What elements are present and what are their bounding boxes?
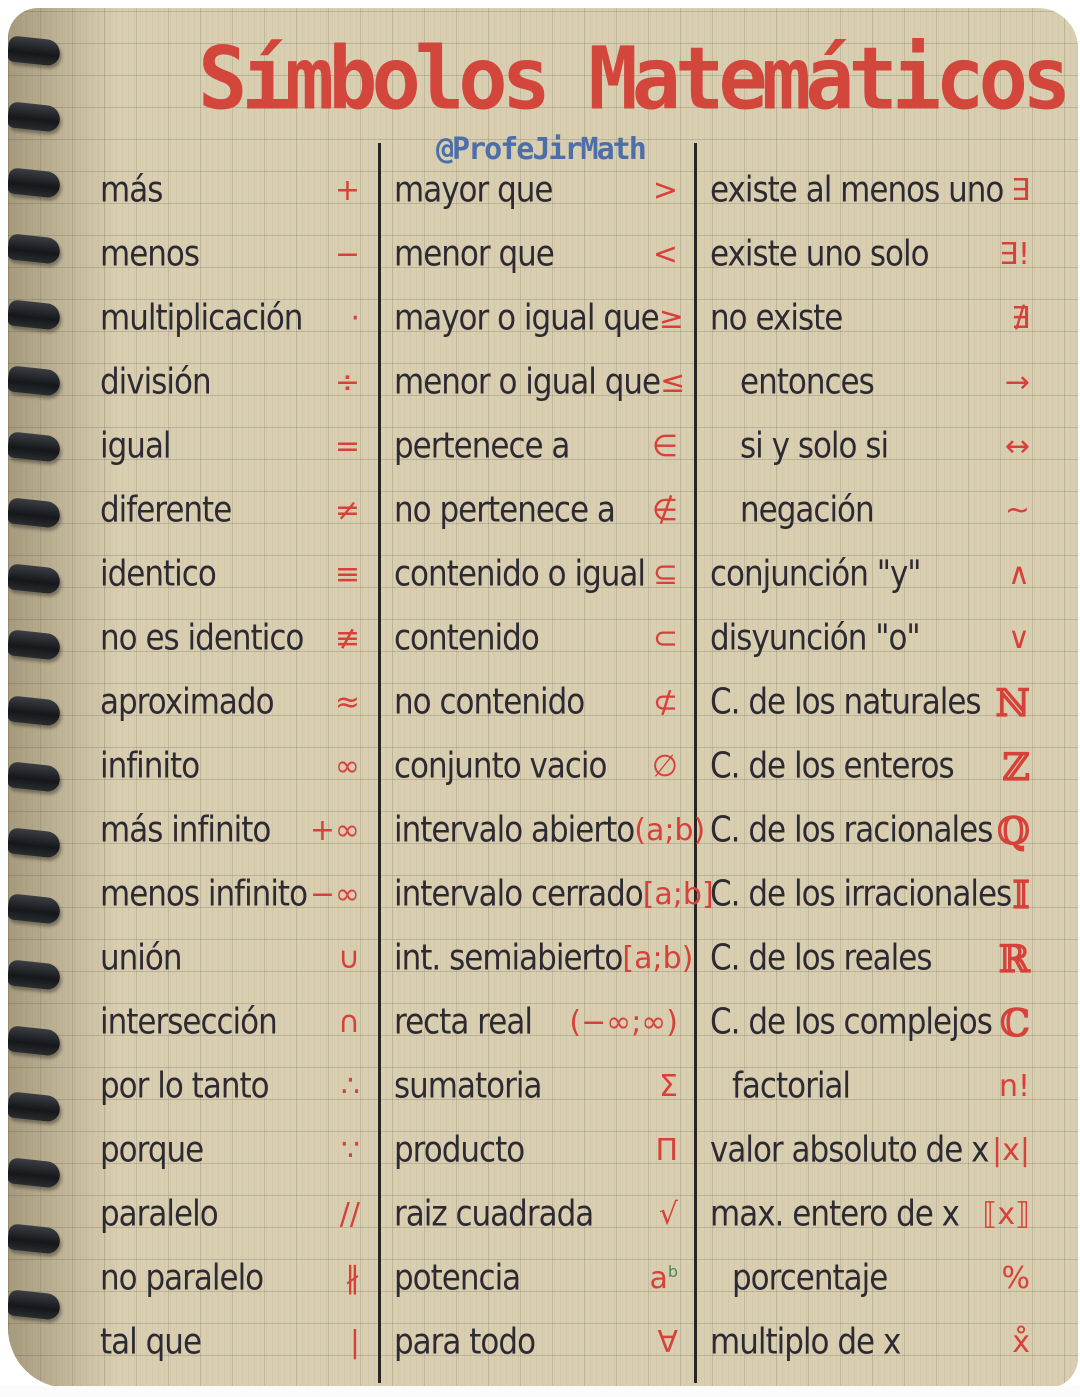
column-divider-1 (378, 143, 381, 1383)
spiral-ring-icon (8, 365, 61, 396)
symbol-name: no contenido (394, 681, 584, 722)
symbol-name: disyunción "o" (710, 617, 920, 658)
complex-icon: ℂ (1000, 1000, 1030, 1045)
spiral-ring-icon (8, 695, 61, 726)
symbol-name: división (100, 361, 211, 402)
symbol-name: unión (100, 937, 182, 978)
symbol-name: igual (100, 425, 171, 466)
symbol-name: intersección (100, 1001, 277, 1042)
dot-multiply-icon: · (350, 301, 360, 336)
symbol-name: menos infinito (100, 873, 307, 914)
floor-bracket-icon: ⟦x⟧ (983, 1197, 1030, 1232)
not-parallel-icon: ∦ (345, 1261, 360, 1296)
plus-icon: + (335, 173, 360, 208)
not-identical-icon: ≢ (335, 621, 360, 656)
symbol-row: negación~ (710, 478, 1030, 542)
symbol-name: no paralelo (100, 1257, 263, 1298)
symbol-name: mayor que (394, 169, 553, 210)
symbol-row: factorialn! (710, 1054, 1030, 1118)
symbol-row: tal que| (100, 1310, 360, 1374)
symbol-row: intervalo cerrado[a;b] (394, 862, 678, 926)
less-equal-icon: ≤ (660, 365, 685, 400)
symbol-name: sumatoria (394, 1065, 541, 1106)
symbol-row: menos infinito−∞ (100, 862, 360, 926)
spiral-ring-icon (8, 1289, 61, 1320)
such-that-icon: | (350, 1325, 360, 1360)
symbol-row: mayor o igual que≥ (394, 286, 678, 350)
symbol-row: C. de los naturalesℕ (710, 670, 1030, 734)
notebook-page: Símbolos Matemáticos @ProfeJirMath más+ … (8, 8, 1078, 1388)
symbol-row: raiz cuadrada√ (394, 1182, 678, 1246)
logical-and-icon: ∧ (1008, 557, 1030, 592)
not-exists-icon: ∄ (1011, 301, 1030, 336)
union-icon: ∪ (338, 941, 360, 976)
symbol-row: infinito∞ (100, 734, 360, 798)
less-than-icon: < (653, 237, 678, 272)
reals-icon: ℝ (998, 936, 1030, 981)
subset-icon: ⊂ (653, 621, 678, 656)
symbol-name: más (100, 169, 162, 210)
symbol-row: pertenece a∈ (394, 414, 678, 478)
symbol-row: disyunción "o"∨ (710, 606, 1030, 670)
symbol-row: existe uno solo∃! (710, 222, 1030, 286)
symbol-row: valor absoluto de x|x| (710, 1118, 1030, 1182)
parallel-icon: // (340, 1197, 360, 1232)
symbol-name: intervalo cerrado (394, 873, 643, 914)
divide-icon: ÷ (335, 365, 360, 400)
spiral-ring-icon (8, 629, 61, 660)
plus-infinity-icon: +∞ (310, 813, 360, 848)
minus-icon: − (335, 237, 360, 272)
symbol-name: porque (100, 1129, 203, 1170)
multiple-of-icon: x̊ (1012, 1325, 1030, 1360)
symbol-name: mayor o igual que (394, 297, 659, 338)
symbol-name: porcentaje (732, 1257, 887, 1298)
symbol-name: C. de los racionales (710, 809, 992, 850)
factorial-icon: n! (999, 1069, 1030, 1104)
spiral-ring-icon (8, 1223, 61, 1254)
symbol-name: para todo (394, 1321, 535, 1362)
symbol-row: C. de los complejosℂ (710, 990, 1030, 1054)
element-of-icon: ∈ (652, 429, 678, 464)
symbol-name: menos (100, 233, 199, 274)
exists-unique-icon: ∃! (999, 237, 1030, 272)
symbol-name: pertenece a (394, 425, 569, 466)
symbol-row: aproximado≈ (100, 670, 360, 734)
symbol-name: int. semiabierto (394, 937, 622, 978)
spiral-ring-icon (8, 167, 61, 198)
symbol-name: contenido o igual (394, 553, 645, 594)
symbol-name: aproximado (100, 681, 274, 722)
symbol-row: porcentaje% (710, 1246, 1030, 1310)
therefore-icon: ∴ (341, 1069, 360, 1104)
arrow-right-icon: → (1005, 365, 1030, 400)
symbol-name: contenido (394, 617, 539, 658)
naturals-icon: ℕ (995, 680, 1030, 725)
symbol-row: productoΠ (394, 1118, 678, 1182)
symbol-name: identico (100, 553, 216, 594)
symbol-row: multiplo de xx̊ (710, 1310, 1030, 1374)
spiral-ring-icon (8, 761, 61, 792)
spiral-ring-icon (8, 563, 61, 594)
irrationals-icon: 𝕀 (1012, 872, 1030, 917)
symbol-row: más infinito+∞ (100, 798, 360, 862)
symbol-name: valor absoluto de x (710, 1129, 989, 1170)
spiral-ring-icon (8, 233, 61, 264)
symbol-row: C. de los racionalesℚ (710, 798, 1030, 862)
symbol-name: menor que (394, 233, 554, 274)
symbol-name: existe uno solo (710, 233, 929, 274)
symbol-row: potenciaab (394, 1246, 678, 1310)
sigma-icon: Σ (659, 1069, 678, 1104)
minus-infinity-icon: −∞ (310, 877, 360, 912)
symbol-row: C. de los realesℝ (710, 926, 1030, 990)
greater-equal-icon: ≥ (659, 301, 684, 336)
not-element-of-icon: ∉ (652, 493, 678, 528)
not-subset-icon: ⊄ (653, 685, 678, 720)
symbol-name: C. de los complejos (710, 1001, 992, 1042)
for-all-icon: ∀ (657, 1325, 678, 1360)
symbol-name: C. de los enteros (710, 745, 954, 786)
symbol-row: existe al menos uno∃ (710, 158, 1030, 222)
symbol-row: mayor que> (394, 158, 678, 222)
symbol-name: negación (740, 489, 874, 530)
spiral-ring-icon (8, 1091, 61, 1122)
closed-interval-icon: [a;b] (643, 877, 714, 912)
symbol-row: para todo∀ (394, 1310, 678, 1374)
symbol-name: diferente (100, 489, 231, 530)
square-root-icon: √ (659, 1197, 678, 1232)
page-title: Símbolos Matemáticos (198, 28, 958, 133)
symbol-row: contenido⊂ (394, 606, 678, 670)
symbol-name: menor o igual que (394, 361, 660, 402)
symbol-row: no existe∄ (710, 286, 1030, 350)
spiral-ring-icon (8, 431, 61, 462)
symbol-name: más infinito (100, 809, 270, 850)
spiral-ring-icon (8, 959, 61, 990)
symbol-row: max. entero de x⟦x⟧ (710, 1182, 1030, 1246)
symbol-name: no pertenece a (394, 489, 615, 530)
symbol-name: recta real (394, 1001, 532, 1042)
symbol-row: intervalo abierto(a;b) (394, 798, 678, 862)
symbol-name: C. de los reales (710, 937, 932, 978)
symbol-row: no pertenece a∉ (394, 478, 678, 542)
symbol-row: menor o igual que≤ (394, 350, 678, 414)
symbol-name: conjunto vacio (394, 745, 607, 786)
symbol-name: C. de los irracionales (710, 873, 1011, 914)
symbol-row: división÷ (100, 350, 360, 414)
integers-icon: ℤ (1002, 744, 1030, 789)
symbol-row: identico≡ (100, 542, 360, 606)
symbol-name: multiplo de x (710, 1321, 900, 1362)
column-divider-2 (694, 143, 697, 1383)
symbol-name: existe al menos uno (710, 169, 1003, 210)
symbol-row: porque∵ (100, 1118, 360, 1182)
symbol-name: infinito (100, 745, 199, 786)
symbol-row: sumatoriaΣ (394, 1054, 678, 1118)
symbol-name: potencia (394, 1257, 520, 1298)
symbol-row: menos− (100, 222, 360, 286)
arrow-left-right-icon: ↔ (1005, 429, 1030, 464)
half-open-interval-icon: [a;b) (622, 941, 693, 976)
symbol-row: int. semiabierto[a;b) (394, 926, 678, 990)
symbol-row: unión∪ (100, 926, 360, 990)
symbol-name: no es identico (100, 617, 303, 658)
spiral-ring-icon (8, 893, 61, 924)
symbol-name: por lo tanto (100, 1065, 269, 1106)
symbol-name: si y solo si (740, 425, 888, 466)
symbol-name: no existe (710, 297, 842, 338)
greater-than-icon: > (653, 173, 678, 208)
symbol-name: C. de los naturales (710, 681, 981, 722)
not-equal-icon: ≠ (335, 493, 360, 528)
symbol-name: raiz cuadrada (394, 1193, 593, 1234)
spiral-ring-icon (8, 299, 61, 330)
symbol-name: multiplicación (100, 297, 302, 338)
symbol-row: no es identico≢ (100, 606, 360, 670)
open-interval-icon: (a;b) (634, 813, 705, 848)
symbol-row: menor que< (394, 222, 678, 286)
intersection-icon: ∩ (338, 1005, 360, 1040)
symbol-row: contenido o igual⊆ (394, 542, 678, 606)
symbol-row: conjunción "y"∧ (710, 542, 1030, 606)
symbol-row: multiplicación· (100, 286, 360, 350)
symbol-name: paralelo (100, 1193, 218, 1234)
image-border (0, 1386, 1080, 1397)
symbol-row: conjunto vacio∅ (394, 734, 678, 798)
symbol-row: no paralelo∦ (100, 1246, 360, 1310)
because-icon: ∵ (341, 1133, 360, 1168)
symbol-row: C. de los irracionales𝕀 (710, 862, 1030, 926)
power-icon: ab (649, 1261, 678, 1296)
spiral-ring-icon (8, 1157, 61, 1188)
symbol-row: igual= (100, 414, 360, 478)
real-line-icon: (−∞;∞) (569, 1005, 678, 1040)
tilde-negation-icon: ~ (1005, 493, 1030, 528)
symbol-name: max. entero de x (710, 1193, 959, 1234)
spiral-ring-icon (8, 497, 61, 528)
symbol-row: más+ (100, 158, 360, 222)
spiral-ring-icon (8, 1025, 61, 1056)
empty-set-icon: ∅ (652, 749, 678, 784)
symbol-name: tal que (100, 1321, 201, 1362)
symbol-row: diferente≠ (100, 478, 360, 542)
symbol-name: conjunción "y" (710, 553, 921, 594)
pi-product-icon: Π (655, 1133, 678, 1168)
symbol-name: entonces (740, 361, 874, 402)
infinity-icon: ∞ (335, 749, 360, 784)
equals-icon: = (335, 429, 360, 464)
absolute-value-icon: |x| (992, 1133, 1030, 1168)
symbol-row: por lo tanto∴ (100, 1054, 360, 1118)
spiral-ring-icon (8, 35, 61, 66)
symbol-row: recta real(−∞;∞) (394, 990, 678, 1054)
symbol-row: C. de los enterosℤ (710, 734, 1030, 798)
symbol-name: producto (394, 1129, 524, 1170)
symbol-name: intervalo abierto (394, 809, 634, 850)
symbol-row: si y solo si↔ (710, 414, 1030, 478)
identical-icon: ≡ (335, 557, 360, 592)
symbol-row: intersección∩ (100, 990, 360, 1054)
spiral-ring-icon (8, 827, 61, 858)
spiral-ring-icon (8, 101, 61, 132)
power-base: a (649, 1261, 667, 1296)
spiral-binding (8, 28, 68, 1368)
subset-equal-icon: ⊆ (653, 557, 678, 592)
symbol-row: paralelo// (100, 1182, 360, 1246)
symbol-row: entonces→ (710, 350, 1030, 414)
logical-or-icon: ∨ (1008, 621, 1030, 656)
percent-icon: % (1001, 1261, 1030, 1296)
symbol-name: factorial (732, 1065, 850, 1106)
approx-icon: ≈ (335, 685, 360, 720)
power-exponent: b (668, 1262, 678, 1281)
symbol-row: no contenido⊄ (394, 670, 678, 734)
rationals-icon: ℚ (997, 808, 1030, 853)
exists-icon: ∃ (1011, 173, 1030, 208)
